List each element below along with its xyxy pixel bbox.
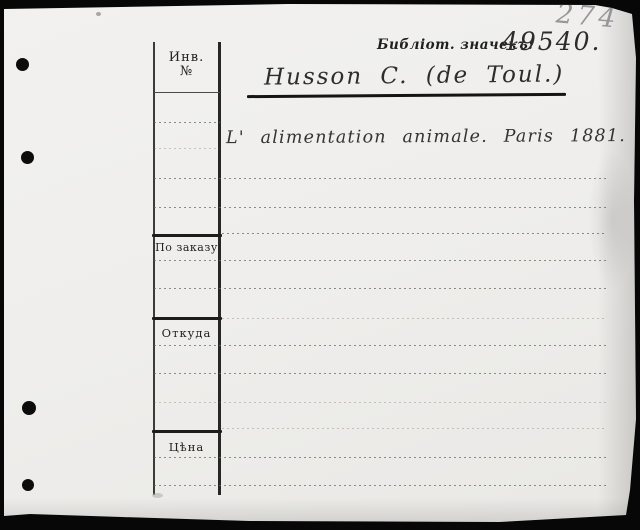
ruled-line [154, 122, 220, 123]
ruled-line [154, 402, 606, 403]
paper-edge-shadow-bottom [0, 498, 640, 524]
section-label-po-zakazu: По заказу [153, 241, 220, 254]
ruled-line [154, 288, 606, 289]
section-label-tsena: Цѣна [153, 440, 220, 454]
author-underline [247, 93, 566, 98]
punch-hole [21, 151, 34, 164]
ruled-line [154, 485, 606, 486]
column-right-border [218, 42, 221, 495]
punch-hole [22, 401, 36, 415]
ruled-line [154, 373, 606, 374]
column-rule [154, 92, 220, 93]
punch-hole [22, 479, 34, 491]
scanned-catalog-card: 274 Библіот. значекъ: 49540. Husson C. (… [0, 0, 640, 530]
ruled-line [154, 207, 606, 208]
ruled-line [154, 260, 606, 261]
ruled-line [154, 148, 220, 149]
ruled-line [154, 457, 606, 458]
ruled-line [222, 233, 606, 234]
column-header-line1: Инв. [153, 51, 220, 65]
paper-smudge [152, 493, 163, 498]
section-label-otkuda: Откуда [153, 326, 220, 340]
paper-speck [96, 12, 101, 16]
section-divider [152, 430, 222, 433]
ruled-line [222, 318, 606, 319]
ruled-line [154, 178, 606, 179]
card-paper: 274 Библіот. значекъ: 49540. Husson C. (… [0, 0, 640, 530]
column-header-line2: № [153, 65, 220, 79]
title-line-handwritten: L' alimentation animale. Paris 1881. 8°. [226, 126, 640, 148]
column-left-border [153, 42, 155, 495]
ruled-line [154, 345, 606, 346]
paper-smudge-right [588, 150, 636, 290]
stamp-number-handwritten: 49540. [502, 27, 601, 56]
author-line-handwritten: Husson C. (de Toul.) [264, 61, 565, 90]
punch-hole [16, 58, 29, 71]
section-divider [152, 317, 222, 320]
column-header: Инв. № [153, 51, 220, 79]
section-divider [152, 234, 222, 237]
ruled-line [222, 428, 606, 429]
